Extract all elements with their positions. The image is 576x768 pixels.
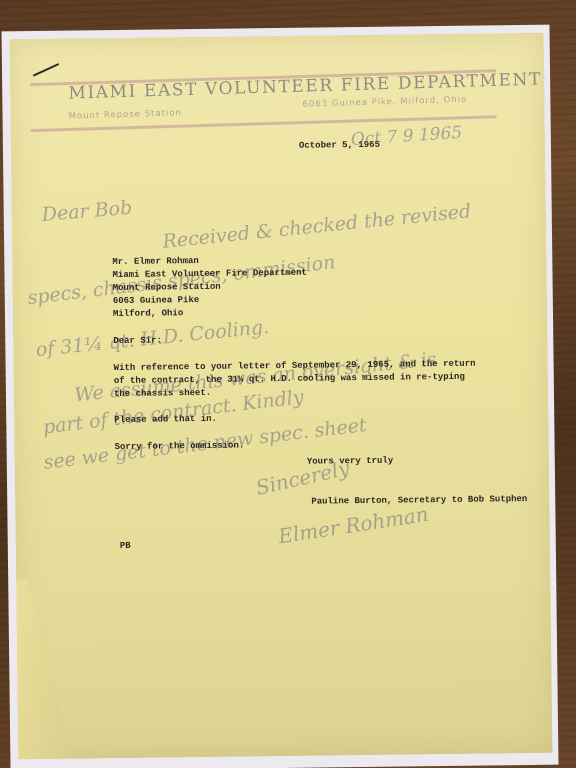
handwritten-line-1: Dear Bob xyxy=(41,197,133,226)
recipient-line: Mount Repose Station xyxy=(113,281,221,295)
apology-line: Sorry for the ommission. xyxy=(115,439,245,454)
recipient-line: Miami East Volunteer Fire Department xyxy=(112,267,307,282)
letter-page: MIAMI EAST VOLUNTEER FIRE DEPARTMENT 606… xyxy=(10,33,553,759)
letterhead-address: 6063 Guinea Pike, Milford, Ohio xyxy=(302,95,467,110)
handwritten-date: Oct 7 9 1965 xyxy=(350,123,462,150)
handwritten-closing: Sincerely xyxy=(254,456,352,500)
pen-mark xyxy=(33,63,59,77)
salutation: Dear Sir: xyxy=(113,334,162,348)
recipient-line: Milford, Ohio xyxy=(113,307,183,321)
handwritten-signature: Elmer Rohman xyxy=(277,502,430,549)
typist-initials: PB xyxy=(120,540,131,553)
body-line: the chassis sheet. xyxy=(114,387,211,401)
recipient-line: Mr. Elmer Rohman xyxy=(112,255,199,269)
folded-corner xyxy=(16,579,72,760)
letterhead-station: Mount Repose Station xyxy=(69,108,183,121)
handwritten-line-2: Received & checked the revised xyxy=(162,200,472,253)
request-line: Please add that in. xyxy=(114,413,217,427)
recipient-line: 6063 Guinea Pike xyxy=(113,294,200,308)
